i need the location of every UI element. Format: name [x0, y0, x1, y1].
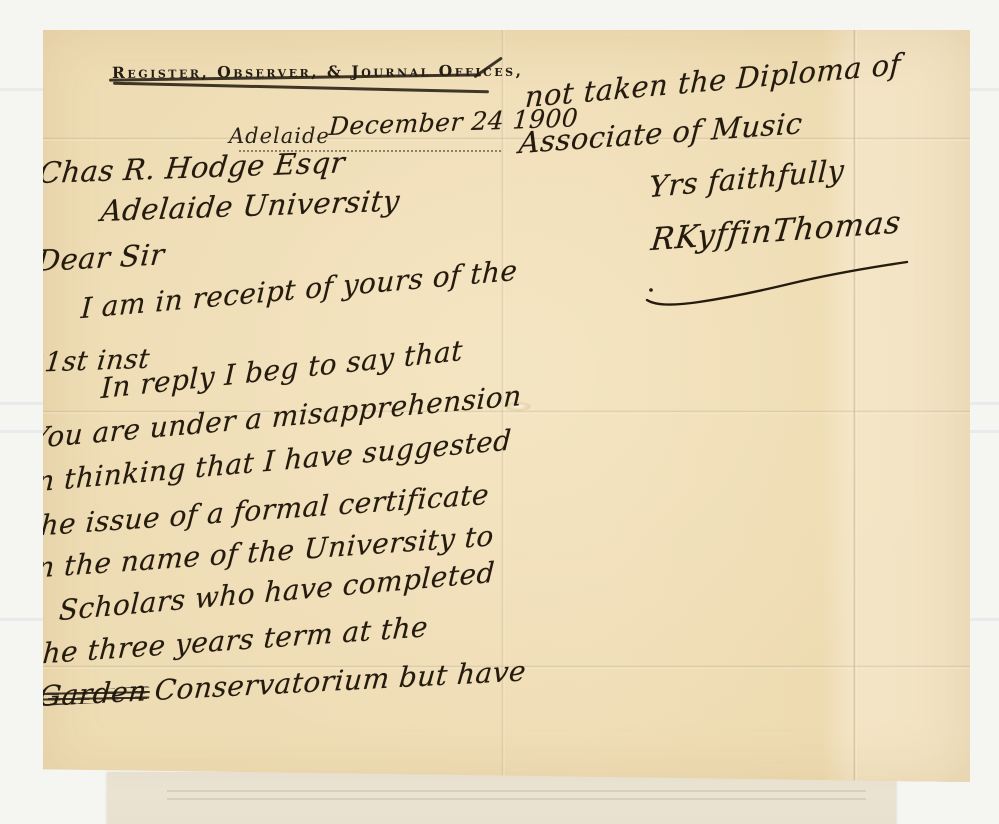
second-page-edge [107, 772, 896, 824]
closing-line: Yrs faithfully [648, 153, 845, 204]
salutation: Dear Sir [36, 237, 167, 278]
scanned-letter-page: Register, Observer, & Journal Offices, A… [0, 0, 999, 824]
handwriting-line: not taken the Diploma of [524, 47, 902, 114]
crossed-out-word: Garden [38, 674, 149, 713]
recipient-institution: Adelaide University [99, 183, 401, 228]
signature-flourish [639, 256, 919, 312]
handwriting-text: Conservatorium but have [153, 654, 527, 707]
fold-crease-vertical [853, 30, 857, 782]
paper-crease [167, 798, 866, 800]
letter-sheet: Register, Observer, & Journal Offices, A… [43, 30, 970, 782]
fold-crease-horizontal [43, 137, 970, 141]
pen-strike-line [113, 82, 489, 93]
signature: RKyffinThomas [649, 204, 903, 258]
paper-crease [167, 790, 866, 792]
recipient-name: Chas R. Hodge Esqr [37, 145, 347, 190]
